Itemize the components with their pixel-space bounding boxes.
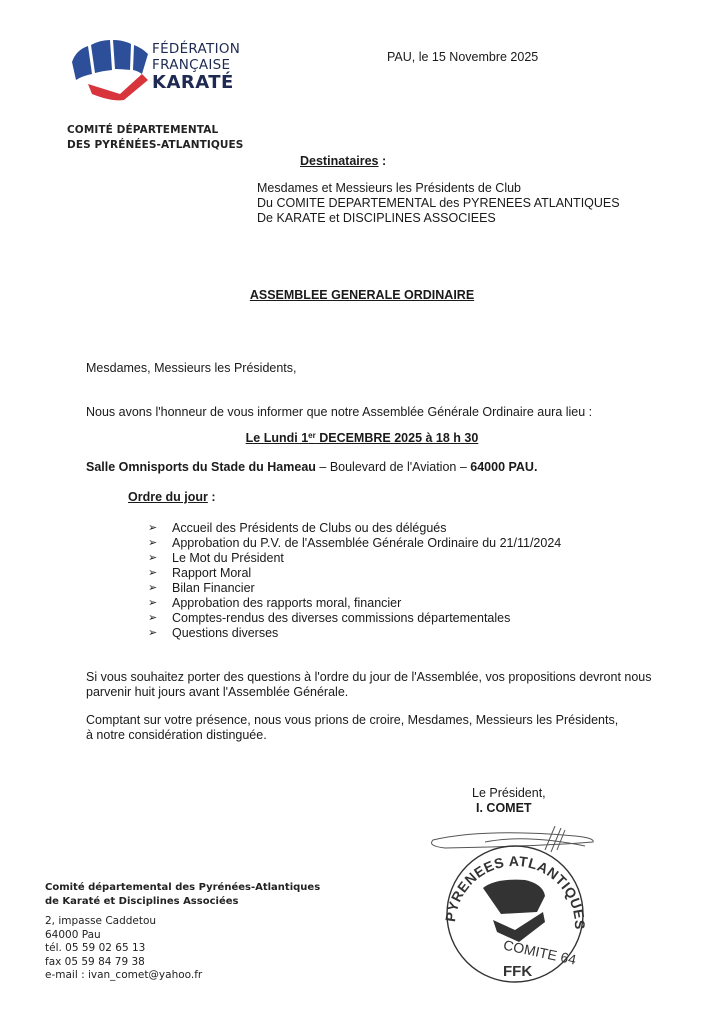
agenda-item-text: Questions diverses bbox=[172, 626, 278, 641]
arrow-bullet-icon: ➢ bbox=[148, 521, 172, 536]
agenda-item-text: Approbation du P.V. de l'Assemblée Génér… bbox=[172, 536, 561, 551]
committee-line-1: COMITÉ DÉPARTEMENTAL bbox=[67, 123, 243, 138]
agenda-list: ➢Accueil des Présidents de Clubs ou des … bbox=[148, 521, 561, 641]
agenda-item: ➢Approbation du P.V. de l'Assemblée Géné… bbox=[148, 536, 561, 551]
agenda-item: ➢Accueil des Présidents de Clubs ou des … bbox=[148, 521, 561, 536]
letter-date: PAU, le 15 Novembre 2025 bbox=[387, 50, 538, 65]
svg-text:FFK: FFK bbox=[503, 963, 532, 980]
ffk-logo-text: FÉDÉRATION FRANÇAISE KARATÉ bbox=[152, 41, 240, 93]
agenda-item: ➢Bilan Financier bbox=[148, 581, 561, 596]
committee-stamp-icon: PYRENEES ATLANTIQUES COMITE 64 FFK bbox=[425, 826, 605, 986]
closing-line-2: à notre considération distinguée. bbox=[86, 728, 618, 743]
footer-email: e-mail : ivan_comet@yahoo.fr bbox=[45, 969, 320, 983]
arrow-bullet-icon: ➢ bbox=[148, 581, 172, 596]
karate-fist-logo-icon bbox=[68, 36, 150, 102]
agenda-item: ➢Le Mot du Président bbox=[148, 551, 561, 566]
questions-paragraph: Si vous souhaitez porter des questions à… bbox=[86, 670, 652, 700]
arrow-bullet-icon: ➢ bbox=[148, 536, 172, 551]
meeting-location: Salle Omnisports du Stade du Hameau – Bo… bbox=[86, 460, 537, 475]
venue-name: Salle Omnisports du Stade du Hameau bbox=[86, 460, 316, 474]
greeting: Mesdames, Messieurs les Présidents, bbox=[86, 361, 297, 376]
agenda-item: ➢Comptes-rendus des diverses commissions… bbox=[148, 611, 561, 626]
arrow-bullet-icon: ➢ bbox=[148, 611, 172, 626]
committee-heading: COMITÉ DÉPARTEMENTAL DES PYRÉNÉES-ATLANT… bbox=[67, 123, 243, 153]
meeting-date-suffix: DECEMBRE 2025 à 18 h 30 bbox=[316, 431, 479, 445]
intro-paragraph: Nous avons l'honneur de vous informer qu… bbox=[86, 405, 592, 420]
agenda-item-text: Rapport Moral bbox=[172, 566, 251, 581]
agenda-item: ➢Questions diverses bbox=[148, 626, 561, 641]
recipient-line: Du COMITE DEPARTEMENTAL des PYRENEES ATL… bbox=[257, 196, 620, 211]
recipients-label-text: Destinataires bbox=[300, 154, 379, 168]
venue-city: 64000 PAU. bbox=[470, 460, 537, 474]
arrow-bullet-icon: ➢ bbox=[148, 626, 172, 641]
logo-line-francaise: FRANÇAISE bbox=[152, 57, 240, 73]
logo-line-federation: FÉDÉRATION bbox=[152, 41, 240, 57]
questions-line-2: parvenir huit jours avant l'Assemblée Gé… bbox=[86, 685, 652, 700]
agenda-item-text: Accueil des Présidents de Clubs ou des d… bbox=[172, 521, 446, 536]
agenda-item: ➢Approbation des rapports moral, financi… bbox=[148, 596, 561, 611]
document-title: ASSEMBLEE GENERALE ORDINAIRE bbox=[0, 288, 724, 302]
agenda-item: ➢Rapport Moral bbox=[148, 566, 561, 581]
signatory-role: Le Président, bbox=[472, 786, 546, 801]
agenda-label-suffix: : bbox=[208, 490, 216, 504]
meeting-date-time: Le Lundi 1er DECEMBRE 2025 à 18 h 30 bbox=[0, 431, 724, 446]
meeting-date-sup: er bbox=[308, 431, 316, 440]
footer-address-line-1: 2, impasse Caddetou bbox=[45, 915, 320, 929]
agenda-item-text: Approbation des rapports moral, financie… bbox=[172, 596, 401, 611]
recipient-line: De KARATE et DISCIPLINES ASSOCIEES bbox=[257, 211, 620, 226]
arrow-bullet-icon: ➢ bbox=[148, 551, 172, 566]
closing-line-1: Comptant sur votre présence, nous vous p… bbox=[86, 713, 618, 728]
recipients-label-suffix: : bbox=[379, 154, 387, 168]
venue-street: – Boulevard de l'Aviation – bbox=[316, 460, 470, 474]
arrow-bullet-icon: ➢ bbox=[148, 596, 172, 611]
agenda-label: Ordre du jour : bbox=[128, 490, 216, 505]
meeting-date-prefix: Le Lundi 1 bbox=[246, 431, 309, 445]
recipient-line: Mesdames et Messieurs les Présidents de … bbox=[257, 181, 620, 196]
footer-phone: tél. 05 59 02 65 13 bbox=[45, 942, 320, 956]
footer-org: Comité départemental des Pyrénées-Atlant… bbox=[45, 881, 320, 908]
committee-line-2: DES PYRÉNÉES-ATLANTIQUES bbox=[67, 138, 243, 153]
logo-line-karate: KARATÉ bbox=[152, 73, 240, 93]
recipients-label: Destinataires : bbox=[300, 154, 386, 168]
closing-paragraph: Comptant sur votre présence, nous vous p… bbox=[86, 713, 618, 743]
footer-contact: Comité départemental des Pyrénées-Atlant… bbox=[45, 881, 320, 983]
agenda-item-text: Le Mot du Président bbox=[172, 551, 284, 566]
footer-fax: fax 05 59 84 79 38 bbox=[45, 956, 320, 970]
recipients-block: Mesdames et Messieurs les Présidents de … bbox=[257, 181, 620, 226]
agenda-label-text: Ordre du jour bbox=[128, 490, 208, 504]
signature-block: Le Président, I. COMET bbox=[472, 786, 546, 816]
agenda-item-text: Bilan Financier bbox=[172, 581, 255, 596]
agenda-item-text: Comptes-rendus des diverses commissions … bbox=[172, 611, 510, 626]
footer-org-line-2: de Karaté et Disciplines Associées bbox=[45, 895, 320, 909]
arrow-bullet-icon: ➢ bbox=[148, 566, 172, 581]
footer-address-line-2: 64000 Pau bbox=[45, 929, 320, 943]
questions-line-1: Si vous souhaitez porter des questions à… bbox=[86, 670, 652, 685]
footer-org-line-1: Comité départemental des Pyrénées-Atlant… bbox=[45, 881, 320, 895]
signatory-name: I. COMET bbox=[472, 801, 546, 816]
